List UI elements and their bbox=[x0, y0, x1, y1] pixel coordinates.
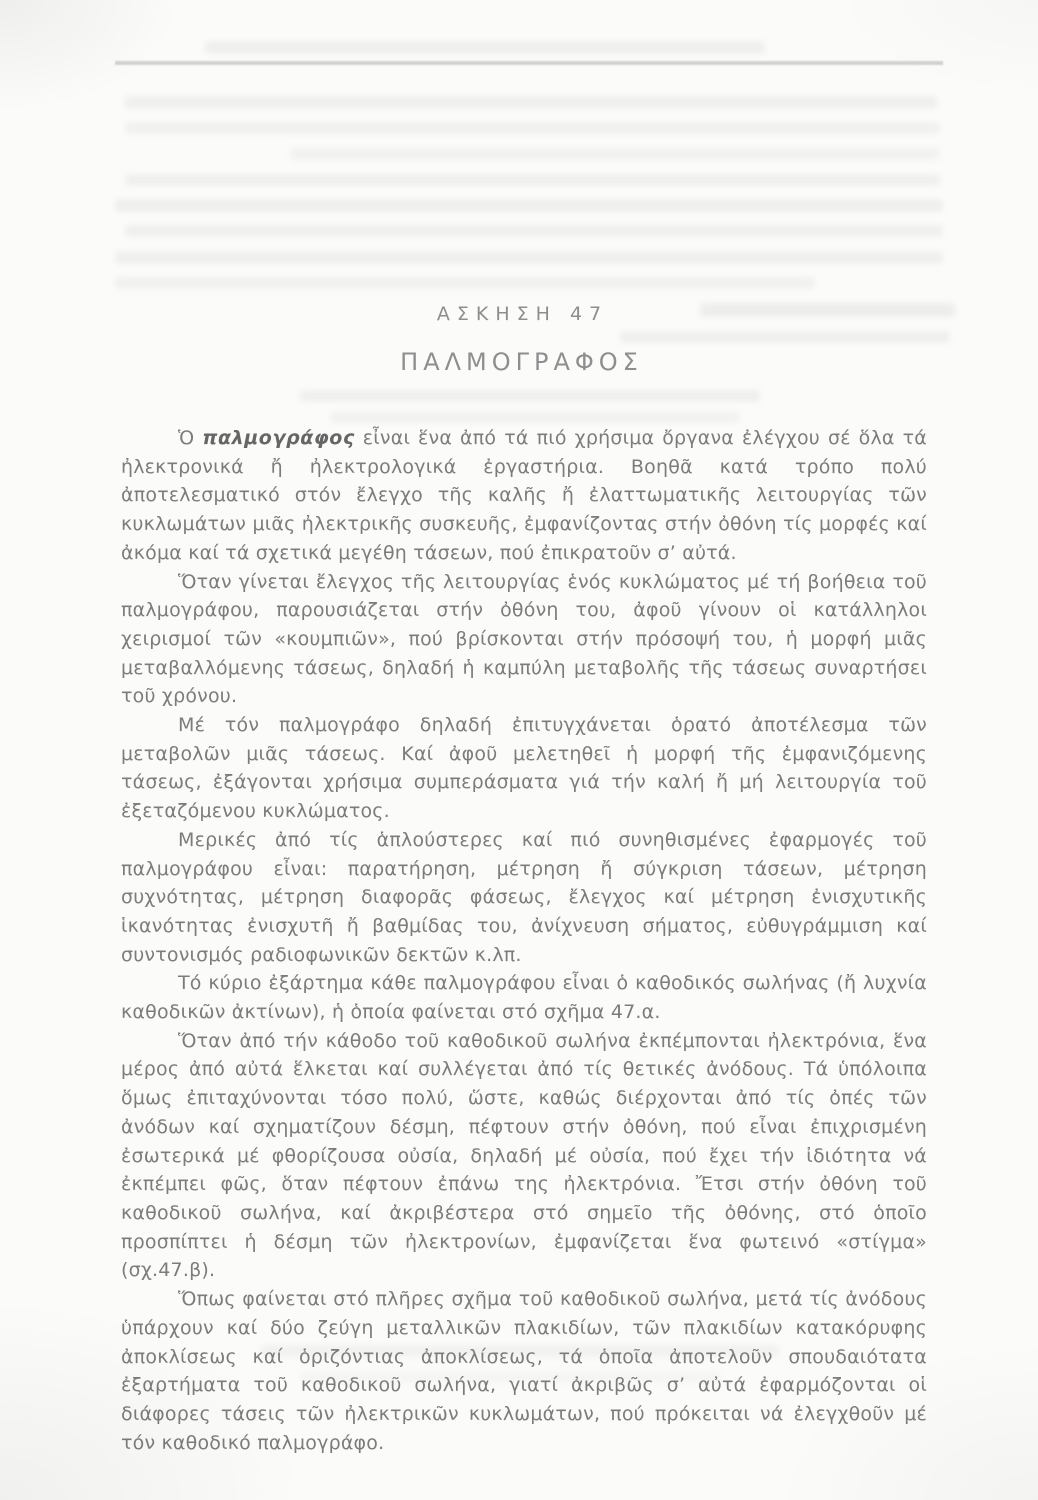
bleedthrough-line bbox=[125, 122, 940, 134]
paragraph: Μερικές ἀπό τίς ἁπλούστερες καί πιό συνη… bbox=[121, 826, 927, 970]
intro-lead: Ὁ bbox=[178, 427, 202, 449]
bleedthrough-line bbox=[290, 148, 940, 160]
bleedthrough-line bbox=[115, 199, 943, 212]
bleedthrough-line bbox=[125, 174, 940, 186]
intro-paragraph: Ὁ παλμογράφος εἶναι ἕνα ἀπό τά πιό χρήσι… bbox=[121, 424, 927, 568]
page-title: ΠΑΛΜΟΓΡΑΦΟΣ bbox=[0, 348, 1038, 376]
bleedthrough-line bbox=[205, 41, 765, 54]
bleedthrough-line bbox=[115, 277, 815, 289]
bleedthrough-line bbox=[125, 96, 937, 109]
bleedthrough-line bbox=[330, 412, 740, 423]
bleedthrough-line bbox=[115, 251, 943, 264]
bleedthrough-line bbox=[300, 390, 760, 402]
paragraph: Ὅταν ἀπό τήν κάθοδο τοῦ καθοδικοῦ σωλήνα… bbox=[121, 1027, 927, 1285]
paragraph: Μέ τόν παλμογράφο δηλαδή ἐπιτυγχάνεται ὁ… bbox=[121, 711, 927, 826]
bleedthrough-line bbox=[620, 331, 950, 343]
paragraph: Ὅταν γίνεται ἔλεγχος τῆς λειτουργίας ἑνό… bbox=[121, 568, 927, 712]
exercise-heading: ΑΣΚΗΣΗ 47 bbox=[0, 303, 1038, 325]
paragraph: Ὅπως φαίνεται στό πλῆρες σχῆμα τοῦ καθοδ… bbox=[121, 1285, 927, 1457]
bold-term: παλμογράφος bbox=[202, 427, 355, 449]
article-body: Ὁ παλμογράφος εἶναι ἕνα ἀπό τά πιό χρήσι… bbox=[121, 424, 927, 1457]
bleedthrough-rule bbox=[115, 61, 943, 65]
paragraph: Τό κύριο ἐξάρτημα κάθε παλμογράφου εἶναι… bbox=[121, 969, 927, 1026]
bleedthrough-line bbox=[125, 225, 943, 237]
scanned-page: ΑΣΚΗΣΗ 47 ΠΑΛΜΟΓΡΑΦΟΣ Ὁ παλμογράφος εἶνα… bbox=[0, 0, 1038, 1500]
